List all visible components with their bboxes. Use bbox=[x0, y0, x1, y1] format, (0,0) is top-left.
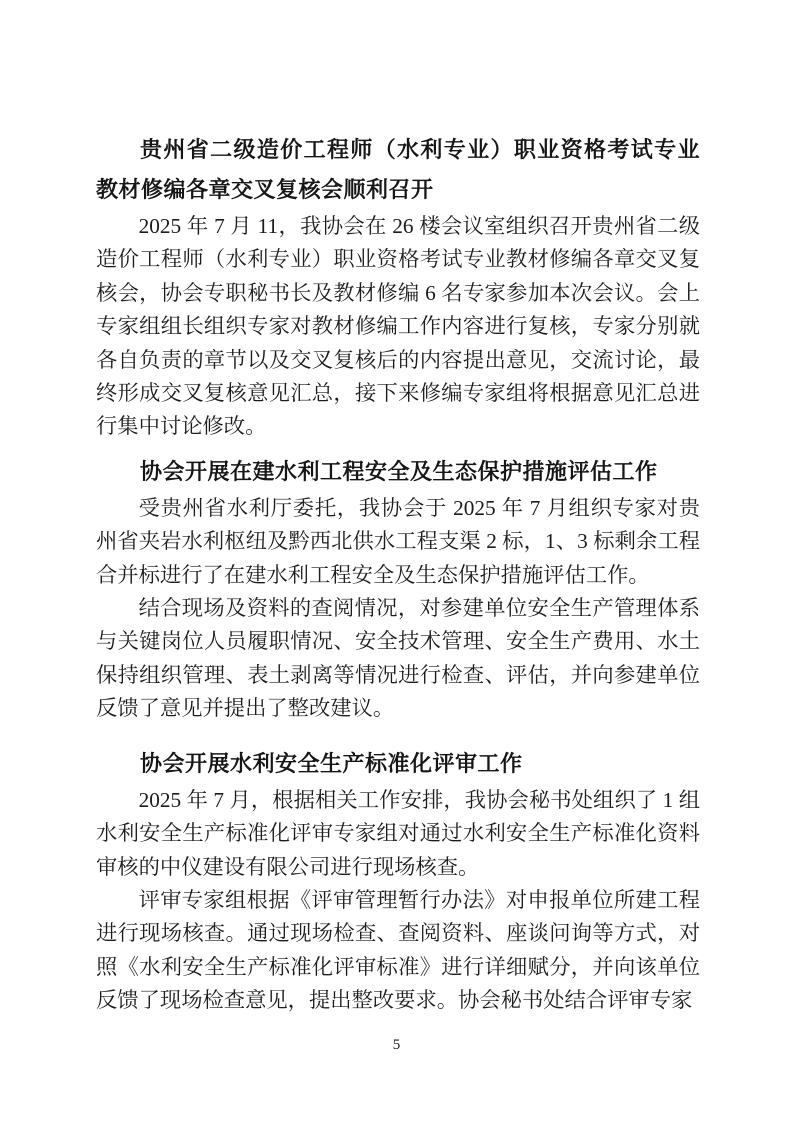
section-2-title: 协会开展在建水利工程安全及生态保护措施评估工作 bbox=[96, 452, 700, 492]
document-content: 贵州省二级造价工程师（水利专业）职业资格考试专业教材修编各章交叉复核会顺利召开 … bbox=[96, 130, 700, 1018]
section-3-paragraph-2: 评审专家组根据《评审管理暂行办法》对申报单位所建工程进行现场核查。通过现场检查、… bbox=[96, 884, 700, 1018]
section-2-paragraph-1: 受贵州省水利厅委托，我协会于 2025 年 7 月组织专家对贵州省夹岩水利枢纽及… bbox=[96, 492, 700, 592]
section-3-paragraph-1: 2025 年 7 月，根据相关工作安排，我协会秘书处组织了 1 组水利安全生产标… bbox=[96, 784, 700, 884]
section-1-paragraph-1: 2025 年 7 月 11，我协会在 26 楼会议室组织召开贵州省二级造价工程师… bbox=[96, 210, 700, 444]
document-page: 贵州省二级造价工程师（水利专业）职业资格考试专业教材修编各章交叉复核会顺利召开 … bbox=[0, 0, 793, 1122]
section-3-title: 协会开展水利安全生产标准化评审工作 bbox=[96, 744, 700, 784]
page-number: 5 bbox=[0, 1036, 793, 1054]
section-2-paragraph-2: 结合现场及资料的查阅情况，对参建单位安全生产管理体系与关键岗位人员履职情况、安全… bbox=[96, 592, 700, 726]
section-1-title: 贵州省二级造价工程师（水利专业）职业资格考试专业教材修编各章交叉复核会顺利召开 bbox=[96, 130, 700, 210]
